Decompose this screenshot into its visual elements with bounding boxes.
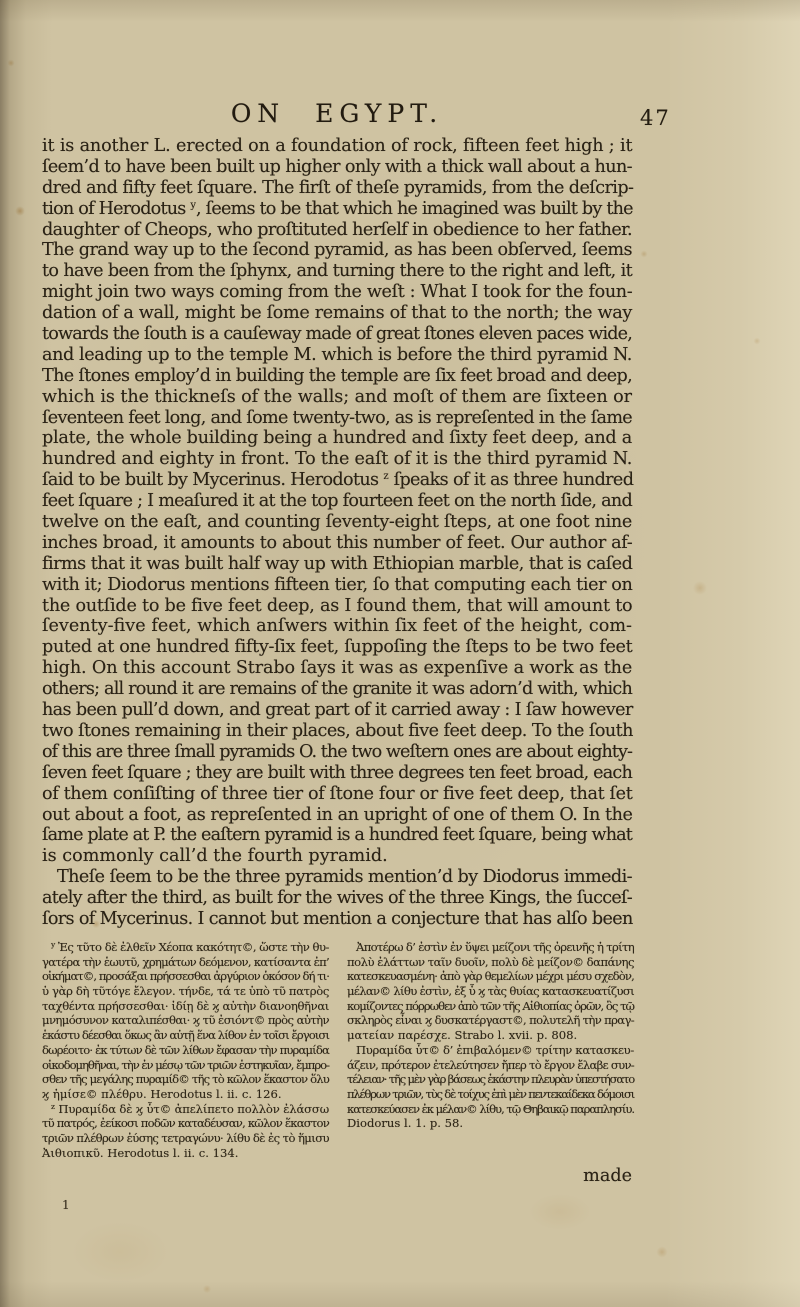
text-line: άζειν, πρότερον ἐτελεύτησεν ἤπερ τὸ ἔργο…	[347, 1058, 634, 1073]
text-line: tion of Herodotus y, ſeems to be that wh…	[42, 199, 632, 220]
text-line: πλέθρων τριῶν, τὺς δὲ τοίχυς ἐπὶ μὲν πεν…	[347, 1087, 634, 1102]
footnote-column-right: Ἀποτέρω δ’ ἐστὶν ἐν ὕψει μείζονι τῆς ὀρε…	[347, 940, 634, 1160]
text-line: γατέρα τὴν ἑωυτῦ, χρημάτων δεόμενον, κατ…	[42, 955, 329, 970]
text-line: δωρέοιτο· ἐκ τύτων δὲ τῶν λίθων ἔφασαν τ…	[42, 1043, 329, 1058]
text-line: the outſide to be five feet deep, as I f…	[42, 596, 632, 617]
press-figure: 1	[62, 1198, 70, 1212]
text-line: κατεσκευασμένη· ἀπὸ γὰρ θεμελίων μέχρι μ…	[347, 969, 634, 984]
text-line: dation of a wall, might be ſome remains …	[42, 303, 632, 324]
text-line: feet ſquare ; I meaſured it at the top f…	[42, 491, 632, 512]
text-line: τριῶν πλέθρων ἐύσης τετραγώνυ· λίθυ δὲ ἐ…	[42, 1131, 329, 1146]
text-line: Πυραμίδα ὗτ© δ’ ἐπιβαλόμεν© τρίτην κατασ…	[347, 1043, 634, 1058]
text-line: ὑ γὰρ δὴ τῦτόγε ἔλεγον. τήνδε, τά τε ὑπὸ…	[42, 984, 329, 999]
text-line: towards the ſouth is a cauſeway made of …	[42, 324, 632, 345]
text-line: of this are three ſmall pyramids O. the …	[42, 742, 632, 763]
text-line: Theſe ſeem to be the three pyramids ment…	[42, 867, 632, 888]
text-line: ſame plate at P. the eaſtern pyramid is …	[42, 825, 632, 846]
text-line: Diodorus l. 1. p. 58.	[347, 1116, 634, 1131]
footnotes-section: y Ἐς τῦτο δὲ ἐλθεῖν Χέοπα κακότητ©, ὥστε…	[42, 940, 634, 1160]
text-line: others; all round it are remains of the …	[42, 679, 632, 700]
text-line: μέλαν© λίθυ ἐστὶν, ἐξ ὗ ϗ τὰς θυίας κατα…	[347, 984, 634, 999]
page-number: 47	[640, 106, 671, 130]
text-line: two ſtones remaining in their places, ab…	[42, 721, 632, 742]
text-line: οἰκήματ©, προσάξαι πρήσσεσθαι ἀργύριον ὁ…	[42, 969, 329, 984]
text-line: ſeven feet ſquare ; they are built with …	[42, 763, 632, 784]
text-line: The ſtones employ’d in building the temp…	[42, 366, 632, 387]
running-head-title: ON EGYPT.	[42, 99, 632, 128]
text-line: plate, the whole building being a hundre…	[42, 428, 632, 449]
text-line: and leading up to the temple M. which is…	[42, 345, 632, 366]
text-line: οἰκοδομηθῆναι, τὴν ἐν μέσῳ τῶν τριῶν ἑστ…	[42, 1058, 329, 1073]
text-line: Ἀιθιοπικῦ. Herodotus l. ii. c. 134.	[42, 1146, 329, 1161]
text-line: might join two ways coming from the weſt…	[42, 282, 632, 303]
text-line: πολὺ ἐλάττων ταῖν δυοῖν, πολὺ δὲ μείζον©…	[347, 955, 634, 970]
text-line: daughter of Cheops, who proſtituted herſ…	[42, 220, 632, 241]
text-line: ſeem’d to have been built up higher only…	[42, 157, 632, 178]
text-line: of them conſiſting of three tier of ſton…	[42, 784, 632, 805]
text-line: ταχθέντα πρήσσεσθαι· ἰδίῃ δὲ ϗ αὐτὴν δια…	[42, 999, 329, 1014]
text-line: τέλειαν· τῆς μὲν γὰρ βάσεως ἑκάστην πλευ…	[347, 1072, 634, 1087]
text-line: ately after the third, as built for the …	[42, 888, 632, 909]
text-line: ματείαν παρέσχε. Strabo l. xvii. p. 808.	[347, 1028, 634, 1043]
book-page-scan: ON EGYPT. 47 it is another L. erected on…	[0, 0, 800, 1307]
text-line: which is the thickneſs of the walls; and…	[42, 387, 632, 408]
text-line: it is another L. erected on a foundation…	[42, 136, 632, 157]
text-line: ἑκάστυ δέεσθαι ὅκως ἂν αὐτῇ ἕνα λίθον ἐν…	[42, 1028, 329, 1043]
footnote-column-left: y Ἐς τῦτο δὲ ἐλθεῖν Χέοπα κακότητ©, ὥστε…	[42, 940, 329, 1160]
text-line: y Ἐς τῦτο δὲ ἐλθεῖν Χέοπα κακότητ©, ὥστε…	[42, 940, 329, 955]
text-line: κομίζοντες πόρρωθεν ἀπὸ τῶν τῆς Αἰθιοπία…	[347, 999, 634, 1014]
text-line: ϗ ἡμίσε© πλέθρυ. Herodotus l. ii. c. 126…	[42, 1087, 329, 1102]
main-text-block: it is another L. erected on a foundation…	[42, 136, 632, 930]
text-line: hundred and eighty in front. To the eaſt…	[42, 449, 632, 470]
text-line: The grand way up to the ſecond pyramid, …	[42, 240, 632, 261]
text-line: is commonly call’d the fourth pyramid.	[42, 846, 632, 867]
text-line: with it; Diodorus mentions fifteen tier,…	[42, 575, 632, 596]
text-line: Ἀποτέρω δ’ ἐστὶν ἐν ὕψει μείζονι τῆς ὀρε…	[347, 940, 634, 955]
text-line: κατεσκεύασεν ἐκ μέλαν© λίθυ, τῷ Θηβαικῷ …	[347, 1102, 634, 1117]
text-line: dred and fifty feet ſquare. The firſt of…	[42, 178, 632, 199]
text-line: twelve on the eaſt, and counting ſeventy…	[42, 512, 632, 533]
text-line: firms that it was built half way up with…	[42, 554, 632, 575]
text-line: high. On this account Strabo ſays it was…	[42, 658, 632, 679]
text-line: inches broad, it amounts to about this n…	[42, 533, 632, 554]
text-line: z Πυραμίδα δὲ ϗ ὗτ© ἀπελίπετο πολλὸν ἐλά…	[42, 1102, 329, 1117]
text-line: μνημόσυνον καταλιπέσθαι· ϗ τῦ ἐσιόντ© πρ…	[42, 1013, 329, 1028]
text-line: ſaid to be built by Mycerinus. Herodotus…	[42, 470, 632, 491]
catchword: made	[42, 1166, 632, 1186]
text-line: out about a foot, as repreſented in an u…	[42, 805, 632, 826]
text-line: σκληρὸς εἶναι ϗ δυσκατέργαστ©, πολυτελῆ …	[347, 1013, 634, 1028]
text-line: σθεν τῆς μεγάλης πυραμίδ© τῆς τὸ κῶλον ἕ…	[42, 1072, 329, 1087]
text-line: has been pull’d down, and great part of …	[42, 700, 632, 721]
text-line: τῦ πατρός, ἐείκοσι ποδῶν καταδέυσαν, κῶλ…	[42, 1116, 329, 1131]
text-line: ſeventeen feet long, and ſome twenty-two…	[42, 408, 632, 429]
text-line: ſeventy-five feet, which anſwers within …	[42, 616, 632, 637]
text-line: ſors of Mycerinus. I cannot but mention …	[42, 909, 632, 930]
text-line: puted at one hundred fifty-ſix feet, ſup…	[42, 637, 632, 658]
text-line: to have been from the ſphynx, and turnin…	[42, 261, 632, 282]
